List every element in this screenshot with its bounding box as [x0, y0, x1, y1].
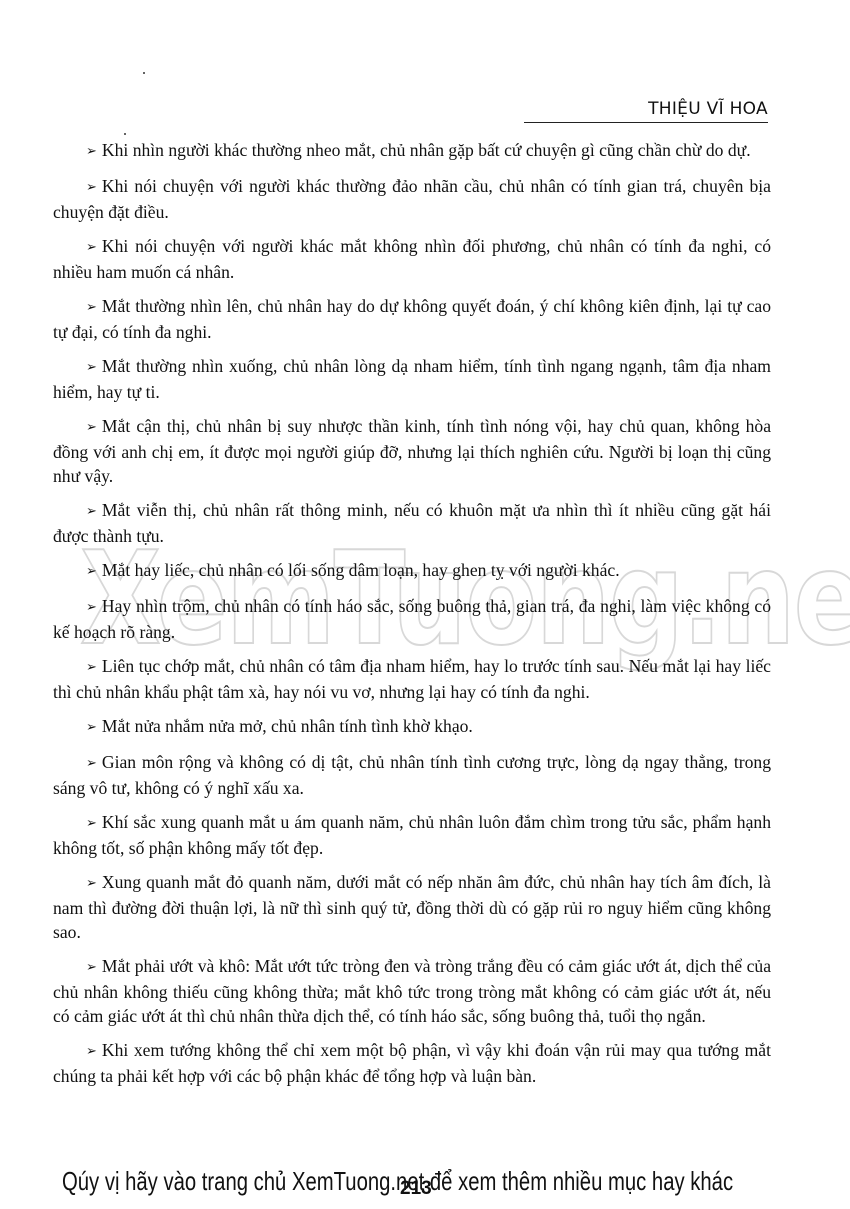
arrow-bullet-icon: ➢: [86, 239, 97, 254]
scan-speck: [143, 72, 145, 74]
paragraph: ➢Xung quanh mắt đỏ quanh năm, dưới mắt c…: [53, 870, 771, 945]
paragraph: ➢Mắt cận thị, chủ nhân bị suy nhược thần…: [53, 414, 771, 489]
arrow-bullet-icon: ➢: [86, 959, 97, 974]
arrow-bullet-icon: ➢: [86, 179, 97, 194]
page-number: 213: [400, 1178, 432, 1200]
paragraph: ➢Khi xem tướng không thể chỉ xem một bộ …: [53, 1038, 771, 1088]
promo-footer: Qúy vị hãy vào trang chủ XemTuong.net để…: [62, 1166, 631, 1197]
arrow-bullet-icon: ➢: [86, 563, 97, 578]
book-page: THIỆU VĨ HOA XemTuong.net ➢Khi nhìn ngườ…: [0, 0, 850, 1209]
scan-speck: [124, 133, 126, 135]
arrow-bullet-icon: ➢: [86, 755, 97, 770]
running-title: THIỆU VĨ HOA: [648, 99, 768, 119]
arrow-bullet-icon: ➢: [86, 719, 97, 734]
paragraph: ➢Mắt phải ướt và khô: Mắt ướt tức tròng …: [53, 954, 771, 1029]
arrow-bullet-icon: ➢: [86, 299, 97, 314]
paragraph: ➢Mắt thường nhìn lên, chủ nhân hay do dự…: [53, 294, 771, 344]
arrow-bullet-icon: ➢: [86, 1043, 97, 1058]
arrow-bullet-icon: ➢: [86, 815, 97, 830]
arrow-bullet-icon: ➢: [86, 143, 97, 158]
arrow-bullet-icon: ➢: [86, 419, 97, 434]
paragraph: ➢Mắt thường nhìn xuống, chủ nhân lòng dạ…: [53, 354, 771, 404]
arrow-bullet-icon: ➢: [86, 359, 97, 374]
paragraph: ➢Hay nhìn trộm, chủ nhân có tính háo sắc…: [53, 594, 771, 644]
arrow-bullet-icon: ➢: [86, 659, 97, 674]
paragraph: ➢Khi nhìn người khác thường nheo mắt, ch…: [53, 138, 771, 164]
arrow-bullet-icon: ➢: [86, 503, 97, 518]
paragraph: ➢Gian môn rộng và không có dị tật, chủ n…: [53, 750, 771, 800]
paragraph: ➢Mắt nửa nhắm nửa mở, chủ nhân tính tình…: [53, 714, 771, 740]
paragraph: ➢Mắt viễn thị, chủ nhân rất thông minh, …: [53, 498, 771, 548]
paragraph: ➢Khí sắc xung quanh mắt u ám quanh năm, …: [53, 810, 771, 860]
paragraph: ➢Khi nói chuyện với người khác thường đả…: [53, 174, 771, 224]
arrow-bullet-icon: ➢: [86, 599, 97, 614]
paragraph: ➢Mắt hay liếc, chủ nhân có lối sống dâm …: [53, 558, 771, 584]
arrow-bullet-icon: ➢: [86, 875, 97, 890]
body-text: ➢Khi nhìn người khác thường nheo mắt, ch…: [53, 138, 771, 1098]
running-header: THIỆU VĨ HOA: [524, 96, 768, 123]
paragraph: ➢Liên tục chớp mắt, chủ nhân có tâm địa …: [53, 654, 771, 704]
paragraph: ➢Khi nói chuyện với người khác mắt không…: [53, 234, 771, 284]
